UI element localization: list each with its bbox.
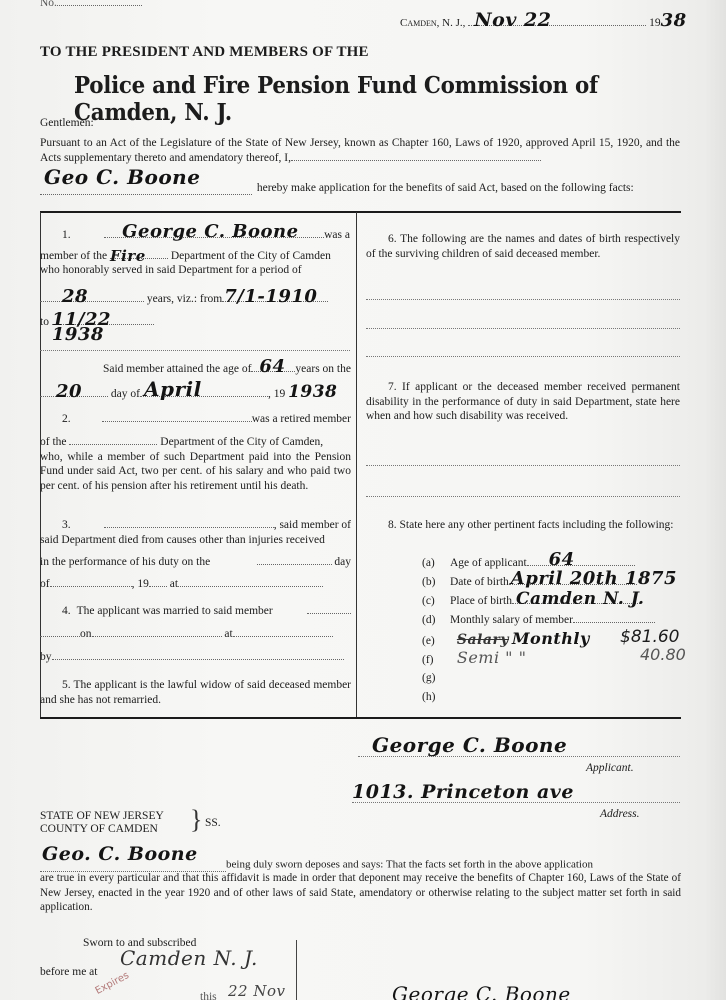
- age-handwritten: 64: [259, 360, 285, 375]
- section-4-number: 4.: [62, 604, 71, 619]
- brace: }: [190, 806, 202, 834]
- section-3-date-line: in the performance of his duty on the da…: [40, 555, 351, 570]
- service-years-line: 28 years, viz.: from 7/1-1910: [40, 292, 352, 307]
- death-day-field[interactable]: [257, 564, 332, 565]
- officiant-field[interactable]: [52, 659, 344, 660]
- deponent-handwritten: Geo. C. Boone: [42, 847, 198, 862]
- death-month-field[interactable]: [50, 586, 132, 587]
- deponent-field[interactable]: Geo. C. Boone: [40, 857, 226, 872]
- day-handwritten: 20: [56, 385, 82, 400]
- section-3-text-b: said Department died from causes other t…: [40, 533, 351, 548]
- death-year-field[interactable]: [149, 586, 167, 587]
- state-label: STATE OF NEW JERSEY: [40, 810, 164, 823]
- form-box-top-rule: [40, 211, 681, 213]
- month-field[interactable]: April: [140, 396, 268, 397]
- item-letter: (e): [422, 634, 454, 649]
- section-7-text: If applicant or the deceased member rece…: [366, 381, 680, 422]
- date-handwritten: Nov 22: [474, 13, 551, 28]
- section-3-text-c: in the performance of his duty on the: [40, 555, 210, 570]
- salutation: Gentlemen:: [40, 116, 94, 131]
- day-of-label: day of: [111, 388, 140, 400]
- day-field[interactable]: 20: [40, 396, 108, 397]
- this-label: this: [200, 990, 217, 1000]
- deceased-member-field[interactable]: [104, 527, 274, 528]
- section-1-blank-line[interactable]: [40, 350, 350, 351]
- pension-application-form: No. Camden, N. J., Nov 22 1938 TO THE PR…: [0, 0, 726, 1000]
- section-4-on-line: on at: [40, 627, 351, 642]
- children-line-3[interactable]: [366, 356, 680, 357]
- item-label: Date of birth: [450, 576, 509, 588]
- section-3-place-line: of, 19 at: [40, 577, 351, 592]
- month-handwritten: April: [144, 382, 202, 397]
- from-date-handwritten: 7/1-1910: [224, 290, 317, 305]
- form-box-center-rule: [356, 212, 357, 718]
- section-4-text: The applicant was married to said member: [77, 604, 273, 619]
- marriage-place-field[interactable]: [233, 636, 333, 637]
- intro-blank: [291, 160, 541, 161]
- section-8-number: 8.: [388, 519, 397, 531]
- item-d: (d)Monthly salary of member: [422, 613, 722, 628]
- day-label: day: [334, 556, 351, 568]
- section-1: 1. George C. Boone was a member of the F…: [40, 228, 350, 278]
- item-letter: (f): [422, 653, 454, 668]
- retired-text: was a retired member: [252, 413, 351, 425]
- application-text: hereby make application for the benefits…: [257, 182, 634, 194]
- member-of-label: member of the: [40, 250, 107, 262]
- jurat-bracket: [296, 940, 297, 1000]
- married-field[interactable]: [307, 613, 351, 614]
- disability-line-1[interactable]: [366, 465, 680, 466]
- affidavit-text-first: being duly sworn deposes and says: That …: [226, 859, 593, 871]
- struck-word: Salary: [457, 632, 509, 648]
- applicant-name-handwritten: Geo C. Boone: [44, 170, 200, 185]
- age-year-handwritten: 1938: [288, 382, 337, 402]
- section-6: 6. The following are the names and dates…: [366, 232, 680, 261]
- section-8-text: State here any other pertinent facts inc…: [400, 519, 674, 531]
- section-1-number: 1.: [62, 228, 71, 243]
- from-date-field[interactable]: 7/1-1910: [222, 301, 328, 302]
- year-prefix: , 19: [268, 388, 285, 400]
- section-6-number: 6.: [388, 233, 397, 245]
- before-me-label: before me at: [40, 965, 97, 980]
- applicant-label: Applicant.: [586, 762, 634, 774]
- item-value-handwritten: April 20th 1875: [511, 572, 677, 587]
- member-name-handwritten: George C. Boone: [122, 225, 298, 240]
- affidavit-first-line: Geo. C. Boone being duly sworn deposes a…: [40, 857, 681, 872]
- item-label: Place of birth: [450, 595, 512, 607]
- item-h: (h): [422, 690, 435, 705]
- date-line: Camden, N. J., Nov 22 1938: [400, 14, 687, 31]
- commission-title: Police and Fire Pension Fund Commission …: [74, 72, 680, 126]
- jurat-day-handwritten: 22 Nov: [228, 982, 286, 1000]
- age-text-b: years on the: [295, 363, 351, 375]
- marriage-spouse-field[interactable]: [40, 636, 80, 637]
- no-label: No.: [40, 0, 57, 9]
- item-b: (b)Date of birth April 20th 1875: [422, 575, 722, 590]
- years-handwritten: 28: [62, 290, 88, 305]
- section-3-head: 3. , said member of: [40, 518, 351, 533]
- section-5-text: The applicant is the lawful widow of sai…: [40, 679, 351, 706]
- by-label: by: [40, 651, 52, 663]
- marriage-date-field[interactable]: [92, 636, 222, 637]
- age-of-applicant-field[interactable]: 64: [527, 565, 635, 566]
- section-6-text: The following are the names and dates of…: [366, 233, 680, 260]
- address-handwritten: 1013. Princeton ave: [352, 781, 574, 803]
- at-label: at: [170, 578, 178, 590]
- section-4-head: 4. The applicant was married to said mem…: [40, 604, 351, 619]
- age-field[interactable]: 64: [251, 371, 295, 372]
- item-letter: (b): [422, 575, 450, 590]
- death-place-field[interactable]: [178, 586, 323, 587]
- years-field[interactable]: 28: [40, 301, 144, 302]
- ss-label: SS.: [205, 817, 221, 829]
- age-date-line: 20 day of April , 19 1938: [40, 385, 352, 402]
- children-line-1[interactable]: [366, 299, 680, 300]
- applicant-signature: George C. Boone: [372, 733, 567, 757]
- place-of-birth-field[interactable]: Camden N. J.: [512, 603, 640, 604]
- disability-line-2[interactable]: [366, 496, 680, 497]
- semi-monthly-amount-handwritten: 40.80: [640, 648, 686, 663]
- section-7: 7. If applicant or the deceased member r…: [366, 380, 680, 424]
- venue: STATE OF NEW JERSEY COUNTY OF CAMDEN: [40, 810, 164, 836]
- applicant-name-field[interactable]: Geo C. Boone: [40, 180, 252, 195]
- to-date-handwritten: 11/22 1938: [52, 313, 154, 342]
- section-7-number: 7.: [388, 381, 397, 393]
- section-2-head: 2. was a retired member: [40, 412, 351, 427]
- at-label: at: [224, 628, 232, 640]
- notary-stamp: Expires: [94, 970, 132, 997]
- intro-paragraph: Pursuant to an Act of the Legislature of…: [40, 136, 680, 165]
- item-letter: (a): [422, 556, 450, 571]
- retired-department-field[interactable]: [69, 444, 157, 445]
- section-2-text: who, while a member of such Department p…: [40, 450, 351, 494]
- section-5: 5. The applicant is the lawful widow of …: [40, 678, 351, 707]
- jurat-place-handwritten: Camden N. J.: [120, 946, 258, 970]
- of-the-label: of the: [40, 436, 67, 448]
- children-line-2[interactable]: [366, 328, 680, 329]
- department-text: Department of the City of Camden,: [160, 436, 323, 448]
- deponent-signature: George C. Boone: [392, 982, 571, 1000]
- service-to-line: to 11/22 1938: [40, 315, 154, 330]
- years-text: years, viz.: from: [147, 293, 222, 305]
- address-label: Address.: [600, 808, 640, 820]
- of-label: of: [40, 578, 50, 590]
- section-2-number: 2.: [62, 412, 71, 427]
- section-4-by-line: by: [40, 650, 351, 665]
- age-line: Said member attained the age of 64 years…: [40, 362, 351, 377]
- item-g: (g): [422, 671, 435, 686]
- date-field[interactable]: Nov 22: [468, 25, 646, 26]
- on-label: on: [80, 628, 92, 640]
- year-label: , 19: [132, 578, 149, 590]
- item-letter: (d): [422, 613, 450, 628]
- section-5-number: 5.: [62, 679, 71, 691]
- member-name-field[interactable]: George C. Boone: [104, 237, 324, 238]
- to-date-field[interactable]: 11/22 1938: [52, 324, 154, 325]
- monthly-salary-field[interactable]: [573, 622, 655, 623]
- department-handwritten: Fire: [110, 249, 146, 264]
- year-prefix: 19: [649, 17, 661, 29]
- item-value-handwritten: 64: [549, 553, 575, 568]
- date-of-birth-field[interactable]: April 20th 1875: [509, 584, 637, 585]
- item-value-handwritten: Semi " ": [457, 648, 527, 667]
- retired-member-field[interactable]: [102, 421, 252, 422]
- item-letter: (c): [422, 594, 450, 609]
- item-c: (c)Place of birth Camden N. J.: [422, 594, 722, 609]
- item-f: (f) Semi " " 40.80: [422, 651, 722, 668]
- age-text-a: Said member attained the age of: [103, 363, 251, 375]
- applicant-line: Geo C. Boone hereby make application for…: [40, 180, 680, 195]
- section-8: 8. State here any other pertinent facts …: [366, 518, 680, 533]
- department-text: Department of the City of Camden: [171, 250, 331, 262]
- item-letter: (h): [422, 691, 435, 703]
- item-value-handwritten: Camden N. J.: [516, 592, 644, 607]
- department-field[interactable]: Fire: [110, 258, 168, 259]
- served-text: who honorably served in said Department …: [40, 263, 350, 278]
- monthly-amount-handwritten: $81.60: [620, 630, 679, 645]
- item-value-handwritten: Monthly: [512, 629, 590, 648]
- was-a-text: was a: [324, 229, 350, 241]
- county-label: COUNTY OF CAMDEN: [40, 823, 164, 836]
- form-box-bottom-rule: [40, 717, 681, 719]
- item-label: Monthly salary of member: [450, 614, 573, 626]
- year-handwritten: 38: [661, 10, 687, 31]
- to-label: to: [40, 316, 49, 328]
- form-number: No.: [40, 0, 142, 11]
- addressee-heading: TO THE PRESIDENT AND MEMBERS OF THE: [40, 44, 369, 61]
- affidavit-text: are true in every particular and that th…: [40, 871, 681, 915]
- no-field[interactable]: [57, 5, 142, 6]
- section-3-number: 3.: [62, 518, 71, 533]
- section-2-body: of the Department of the City of Camden,…: [40, 435, 351, 493]
- item-letter: (g): [422, 672, 435, 684]
- place-label: Camden, N. J.,: [400, 17, 465, 29]
- section-3-text-a: , said member of: [274, 519, 351, 531]
